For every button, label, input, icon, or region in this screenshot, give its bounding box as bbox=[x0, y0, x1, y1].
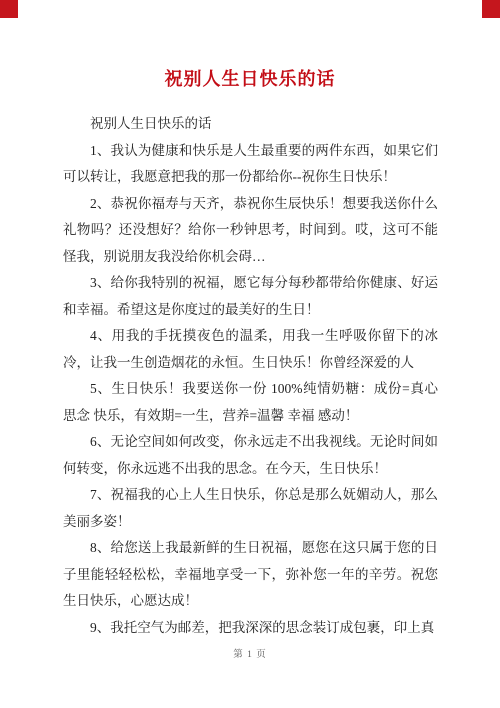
document-body: 祝别人生日快乐的话 1、我认为健康和快乐是人生最重要的两件东西，如果它们可以转让… bbox=[63, 111, 438, 641]
document-page: 祝别人生日快乐的话 祝别人生日快乐的话 1、我认为健康和快乐是人生最重要的两件东… bbox=[0, 0, 500, 708]
paragraph: 2、恭祝你福寿与天齐，恭祝你生辰快乐！想要我送你什么礼物吗？还没想好？给你一秒钟… bbox=[63, 191, 438, 271]
document-subtitle: 祝别人生日快乐的话 bbox=[63, 111, 438, 138]
paragraph: 8、给您送上我最新鲜的生日祝福，愿您在这只属于您的日子里能轻轻松松，幸福地享受一… bbox=[63, 535, 438, 615]
page-number: 第 1 页 bbox=[0, 648, 500, 662]
corner-mark-top-right bbox=[482, 0, 500, 18]
paragraph: 6、无论空间如何改变，你永远走不出我视线。无论时间如何转变，你永远逃不出我的思念… bbox=[63, 429, 438, 482]
paragraph: 1、我认为健康和快乐是人生最重要的两件东西，如果它们可以转让，我愿意把我的那一份… bbox=[63, 138, 438, 191]
paragraph: 3、给你我特别的祝福，愿它每分每秒都带给你健康、好运和幸福。希望这是你度过的最美… bbox=[63, 270, 438, 323]
paragraph: 7、祝福我的心上人生日快乐，你总是那么妩媚动人，那么美丽多姿！ bbox=[63, 482, 438, 535]
corner-mark-top-left bbox=[0, 0, 18, 18]
paragraph: 4、用我的手抚摸夜色的温柔，用我一生呼吸你留下的冰冷，让我一生创造烟花的永恒。生… bbox=[63, 323, 438, 376]
paragraph: 9、我托空气为邮差，把我深深的思念装订成包裹，印上真 bbox=[63, 615, 438, 642]
document-title: 祝别人生日快乐的话 bbox=[0, 66, 500, 92]
paragraph: 5、生日快乐！我要送你一份 100%纯情奶糖：成份=真心 思念 快乐，有效期=一… bbox=[63, 376, 438, 429]
